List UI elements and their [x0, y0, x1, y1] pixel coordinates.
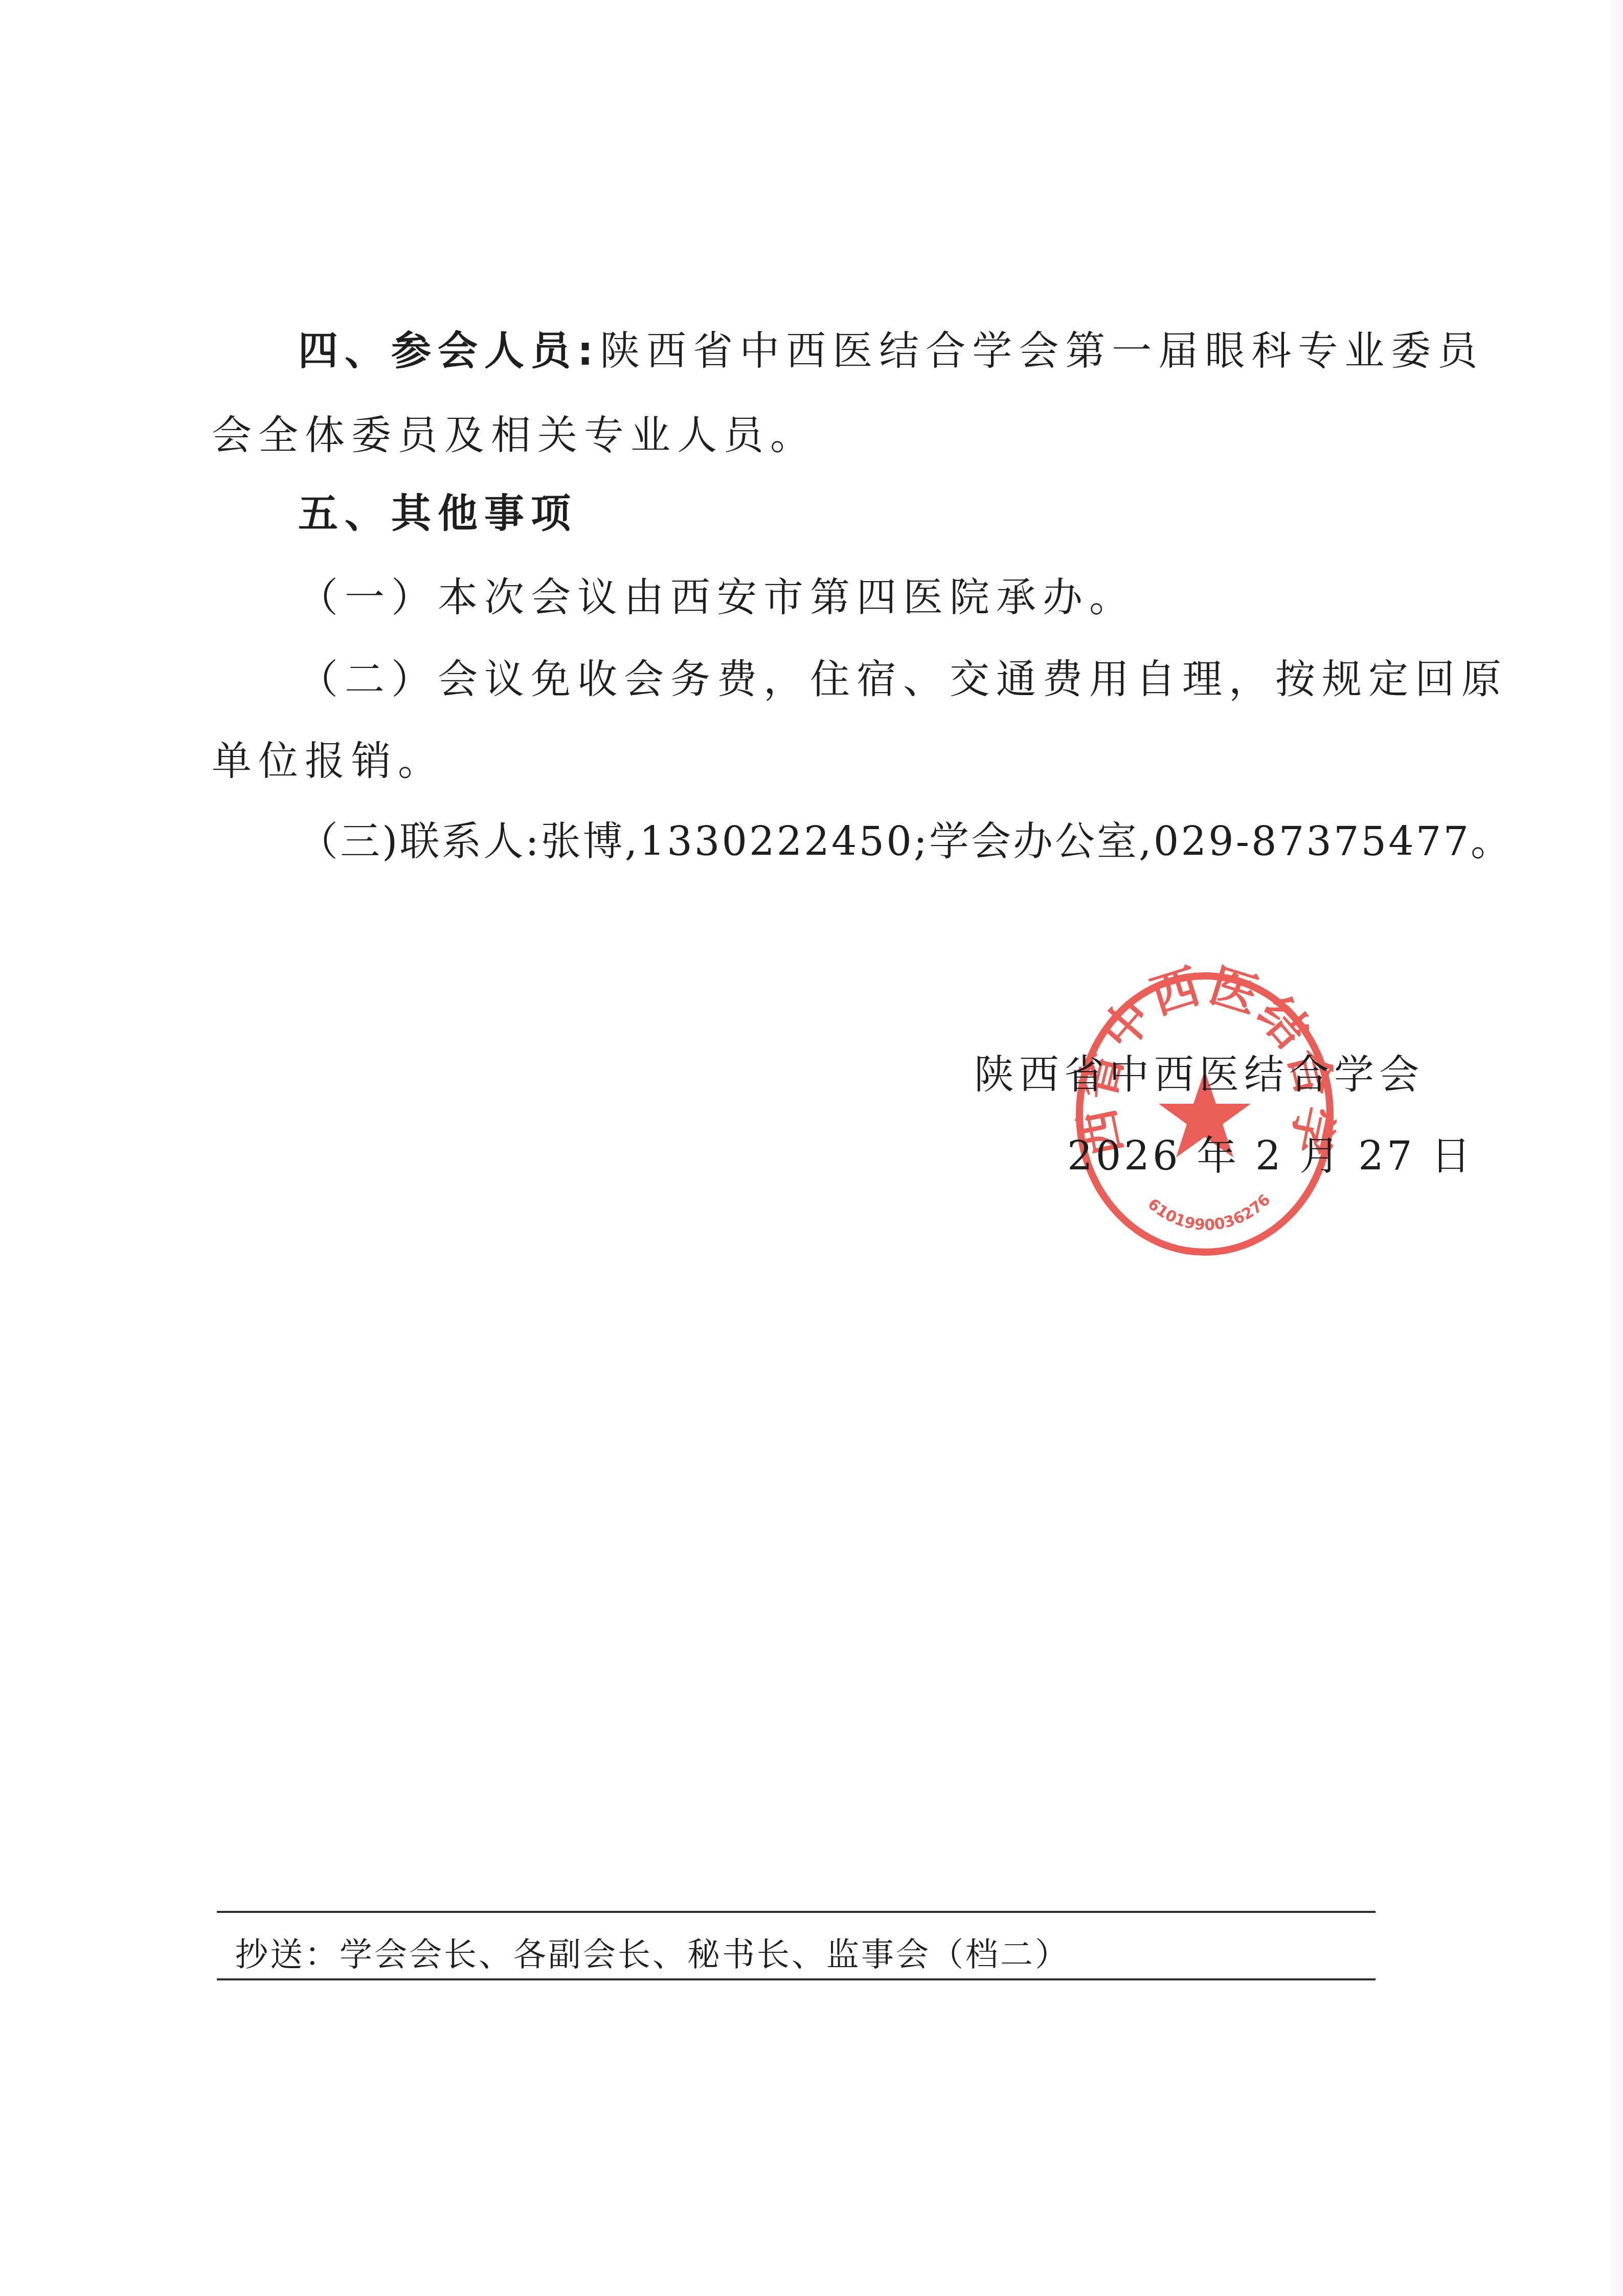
stamp-code: 6101990036276 [1144, 1191, 1274, 1235]
cc-distribution-line: 抄送：学会会长、各副会长、秘书长、监事会（档二） [235, 1938, 1070, 1971]
signature-organization: 陕西省中西医结合学会 [974, 1055, 1424, 1095]
other-matters-item-3-contact: （三)联系人:张博,1330222450;学会办公室,029-87375477。 [298, 822, 1513, 862]
cc-bottom-divider [217, 1978, 1376, 1980]
attendees-paragraph-line2: 会全体委员及相关专业人员。 [212, 416, 817, 456]
scan-edge-artifact [1610, 0, 1623, 2296]
other-matters-heading: 五、其他事项 [298, 494, 577, 534]
official-seal-stamp: 陕西省中西医结合学会 6101990036276 [1071, 961, 1337, 1262]
cc-top-divider [217, 1911, 1376, 1913]
signature-date: 2026 年 2 月 27 日 [1067, 1136, 1474, 1176]
attendees-heading: 四、参会人员: [298, 328, 600, 374]
other-matters-item-2-line1: （二）会议免收会务费，住宿、交通费用自理，按规定回原 [298, 660, 1508, 700]
attendees-paragraph-line1: 四、参会人员:陕西省中西医结合学会第一届眼科专业委员 [298, 331, 1484, 371]
other-matters-item-2-line2: 单位报销。 [212, 742, 444, 782]
other-matters-item-1: （一）本次会议由西安市第四医院承办。 [298, 578, 1136, 618]
svg-text:6101990036276: 6101990036276 [1144, 1191, 1274, 1235]
attendees-text: 陕西省中西医结合学会第一届眼科专业委员 [600, 328, 1484, 374]
